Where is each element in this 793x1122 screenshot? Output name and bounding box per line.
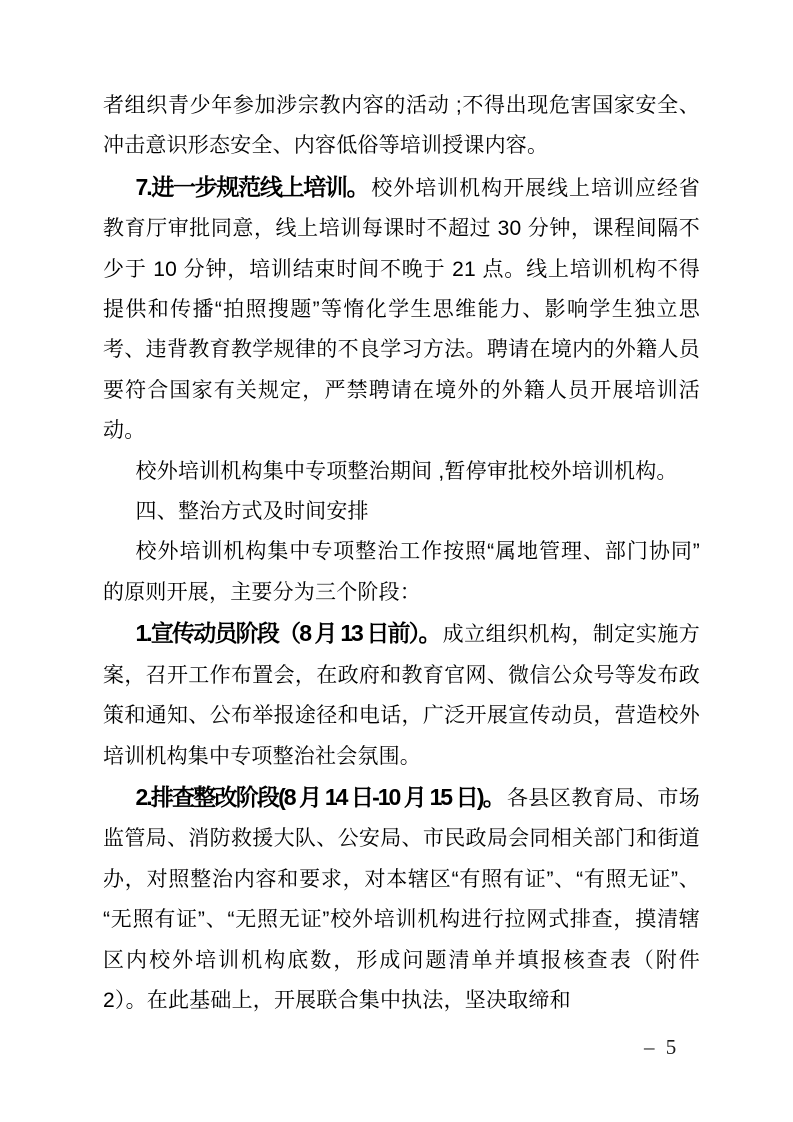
paragraph: 2.排查整改阶段(8 月 14 日-10 月 15 日)。各县区教育局、市场监管…	[103, 777, 700, 1021]
paragraph-heading-run: 7.进一步规范线上培训。	[136, 174, 369, 200]
paragraph: 校外培训机构集中专项整治工作按照“属地管理、部门协同”的原则开展，主要分为三个阶…	[103, 532, 700, 613]
page-number: – 5	[644, 1035, 676, 1060]
paragraph: 者组织青少年参加涉宗教内容的活动 ;不得出现危害国家安全、冲击意识形态安全、内容…	[103, 86, 700, 167]
paragraph-heading-run: 1.宣传动员阶段（8 月 13 日前）。	[136, 620, 440, 646]
paragraph-text-run: 四、整治方式及时间安排	[136, 500, 369, 523]
paragraph-text-run: 各县区教育局、市场监管局、消防救援大队、公安局、市民政局会同相关部门和街道办，对…	[103, 787, 700, 1012]
document-body: 者组织青少年参加涉宗教内容的活动 ;不得出现危害国家安全、冲击意识形态安全、内容…	[103, 86, 700, 1021]
paragraph-text-run: 校外培训机构开展线上培训应经省教育厅审批同意，线上培训每课时不超过 30 分钟，…	[103, 177, 700, 442]
paragraph-heading-run: 2.排查整改阶段(8 月 14 日-10 月 15 日)。	[136, 784, 504, 810]
paragraph-text-run: 校外培训机构集中专项整治期间 ,暂停审批校外培训机构。	[136, 460, 678, 483]
paragraph-text-run: 校外培训机构集中专项整治工作按照“属地管理、部门协同”的原则开展，主要分为三个阶…	[103, 540, 700, 603]
paragraph: 校外培训机构集中专项整治期间 ,暂停审批校外培训机构。	[103, 452, 700, 492]
paragraph: 四、整治方式及时间安排	[103, 492, 700, 532]
paragraph: 7.进一步规范线上培训。校外培训机构开展线上培训应经省教育厅审批同意，线上培训每…	[103, 167, 700, 452]
paragraph-text-run: 者组织青少年参加涉宗教内容的活动 ;不得出现危害国家安全、冲击意识形态安全、内容…	[103, 94, 700, 157]
paragraph: 1.宣传动员阶段（8 月 13 日前）。成立组织机构，制定实施方案，召开工作布置…	[103, 613, 700, 777]
document-page: 者组织青少年参加涉宗教内容的活动 ;不得出现危害国家安全、冲击意识形态安全、内容…	[0, 0, 793, 1122]
